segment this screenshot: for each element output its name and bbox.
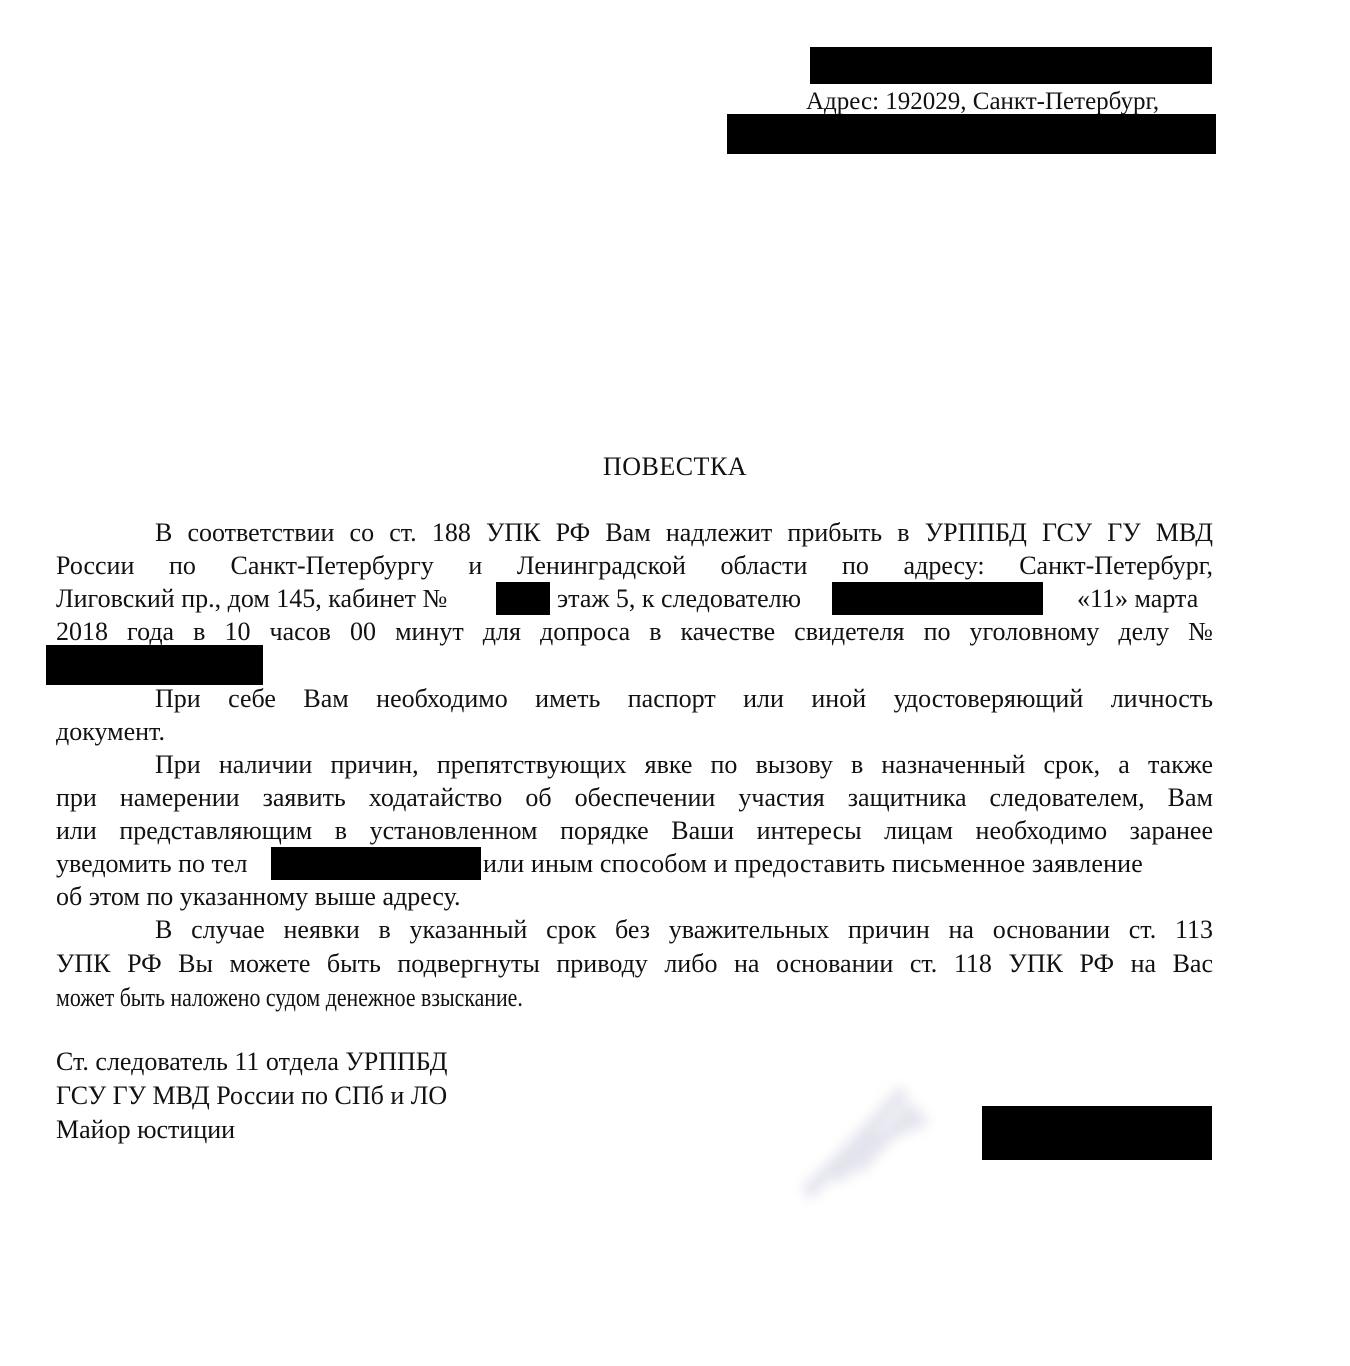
document-title: ПОВЕСТКА: [0, 452, 1350, 482]
p3-line2-text: при намерении заявить ходатайство об обе…: [56, 783, 1213, 812]
signature-line2: ГСУ ГУ МВД России по СПб и ЛО: [56, 1081, 447, 1111]
p2-line1-text: При себе Вам необходимо иметь паспорт ил…: [155, 684, 1213, 713]
p1-line1-text: В соответствии со ст. 188 УПК РФ Вам над…: [155, 518, 1213, 547]
p4-line3: может быть наложено судом денежное взыск…: [56, 983, 612, 1013]
p1-line4: 2018 года в 10 часов 00 минут для допрос…: [56, 617, 1213, 647]
redacted-address: [727, 114, 1216, 154]
p1-line4-text: 2018 года в 10 часов 00 минут для допрос…: [56, 617, 1213, 646]
p3-line5: об этом по указанному выше адресу.: [56, 882, 461, 912]
p2-line1: При себе Вам необходимо иметь паспорт ил…: [155, 684, 1213, 714]
p1-line3b: этаж 5, к следователю: [557, 584, 801, 614]
p4-line2-text: УПК РФ Вы можете быть подвергнуты привод…: [56, 949, 1213, 978]
redacted-signature-name: [982, 1106, 1212, 1160]
redacted-phone-number: [271, 847, 481, 880]
p3-line4b: или иным способом и предоставить письмен…: [483, 849, 1143, 879]
p2-line2: документ.: [56, 717, 165, 747]
p3-line1-text: При наличии причин, препятствующих явке …: [155, 750, 1213, 779]
p4-line3-text: может быть наложено судом денежное взыск…: [56, 983, 523, 1013]
summons-document: Адрес: 192029, Санкт-Петербург, ПОВЕСТКА…: [0, 0, 1350, 1366]
p1-line2-text: России по Санкт-Петербургу и Ленинградск…: [56, 551, 1213, 580]
redacted-investigator-name: [832, 582, 1043, 615]
p4-line1: В случае неявки в указанный срок без ува…: [155, 915, 1213, 945]
header-address: Адрес: 192029, Санкт-Петербург,: [806, 87, 1159, 117]
redacted-recipient-name: [810, 47, 1212, 84]
p1-line3c: «11» марта: [1077, 584, 1198, 614]
p1-line2: России по Санкт-Петербургу и Ленинградск…: [56, 551, 1213, 581]
p3-line3: или представляющим в установленном поряд…: [56, 816, 1213, 846]
p4-line2: УПК РФ Вы можете быть подвергнуты привод…: [56, 949, 1213, 979]
redacted-cabinet-number: [496, 582, 550, 615]
redacted-case-number: [46, 645, 263, 685]
p3-line1: При наличии причин, препятствующих явке …: [155, 750, 1213, 780]
p3-line2: при намерении заявить ходатайство об обе…: [56, 783, 1213, 813]
handwritten-signature: [800, 1080, 950, 1200]
p1-line1: В соответствии со ст. 188 УПК РФ Вам над…: [155, 518, 1213, 548]
p3-line4a: уведомить по тел: [56, 849, 247, 879]
p1-line3a: Лиговский пр., дом 145, кабинет №: [56, 584, 447, 614]
signature-line3: Майор юстиции: [56, 1115, 235, 1145]
p3-line3-text: или представляющим в установленном поряд…: [56, 816, 1213, 845]
signature-line1: Ст. следователь 11 отдела УРППБД: [56, 1047, 447, 1077]
p4-line1-text: В случае неявки в указанный срок без ува…: [155, 915, 1213, 944]
